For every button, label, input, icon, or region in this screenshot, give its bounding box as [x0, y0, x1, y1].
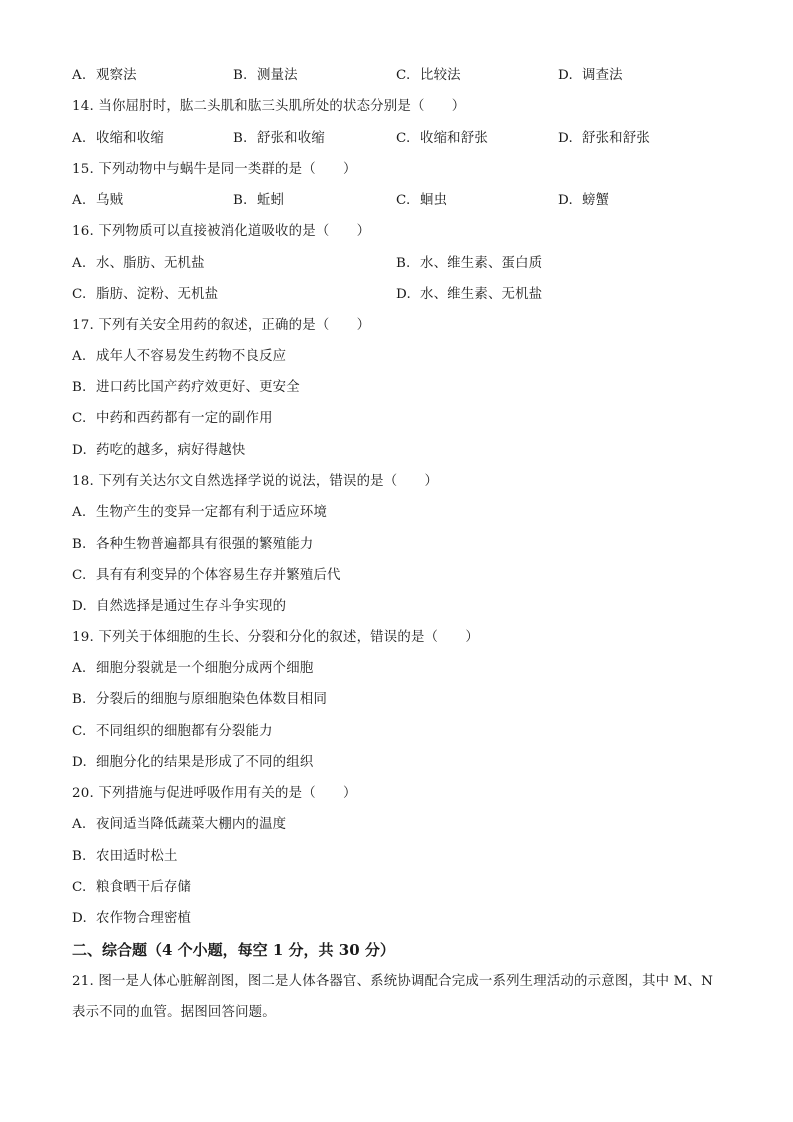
exam-page: A.观察法 B.测量法 C.比较法 D.调查法 14. 当你屈肘时，肱二头肌和肱… — [0, 0, 793, 1122]
q16-option-d: D.水、维生素、无机盐 — [396, 284, 542, 306]
q14-option-d: D.舒张和舒张 — [558, 128, 650, 150]
q14-option-c: C.收缩和舒张 — [396, 128, 488, 150]
q15-option-c: C.蛔虫 — [396, 190, 447, 212]
q13-option-d: D.调查法 — [558, 65, 623, 87]
q16-option-b: B.水、维生素、蛋白质 — [396, 253, 542, 275]
q16-option-a: A.水、脂肪、无机盐 — [72, 253, 205, 275]
q13-option-a: A.观察法 — [72, 65, 137, 87]
q14-option-b: B.舒张和收缩 — [233, 128, 325, 150]
question-16-stem: 16. 下列物质可以直接被消化道吸收的是（ ） — [72, 221, 370, 243]
q15-option-d: D.螃蟹 — [558, 190, 609, 212]
section-heading: 二、综合题（4 个小题，每空 1 分，共 30 分） — [72, 939, 395, 961]
question-17-stem: 17. 下列有关安全用药的叙述，正确的是（ ） — [72, 315, 370, 337]
q13-option-c: C.比较法 — [396, 65, 461, 87]
q16-option-c: C.脂肪、淀粉、无机盐 — [72, 284, 218, 306]
question-15-stem: 15. 下列动物中与蜗牛是同一类群的是（ ） — [72, 159, 357, 181]
q15-option-b: B.蚯蚓 — [233, 190, 284, 212]
question-18-stem: 18. 下列有关达尔文自然选择学说的说法，错误的是（ ） — [72, 471, 438, 493]
q13-option-b: B.测量法 — [233, 65, 298, 87]
q15-option-a: A.乌贼 — [72, 190, 123, 212]
question-14-stem: 14. 当你屈肘时，肱二头肌和肱三头肌所处的状态分别是（ ） — [72, 96, 465, 118]
q14-option-a: A.收缩和收缩 — [72, 128, 164, 150]
question-19-stem: 19. 下列关于体细胞的生长、分裂和分化的叙述，错误的是（ ） — [72, 627, 479, 649]
question-20-stem: 20. 下列措施与促进呼吸作用有关的是（ ） — [72, 783, 357, 805]
question-21-stem: 21. 图一是人体心脏解剖图，图二是人体各器官、系统协调配合完成一系列生理活动的… — [72, 966, 727, 1028]
